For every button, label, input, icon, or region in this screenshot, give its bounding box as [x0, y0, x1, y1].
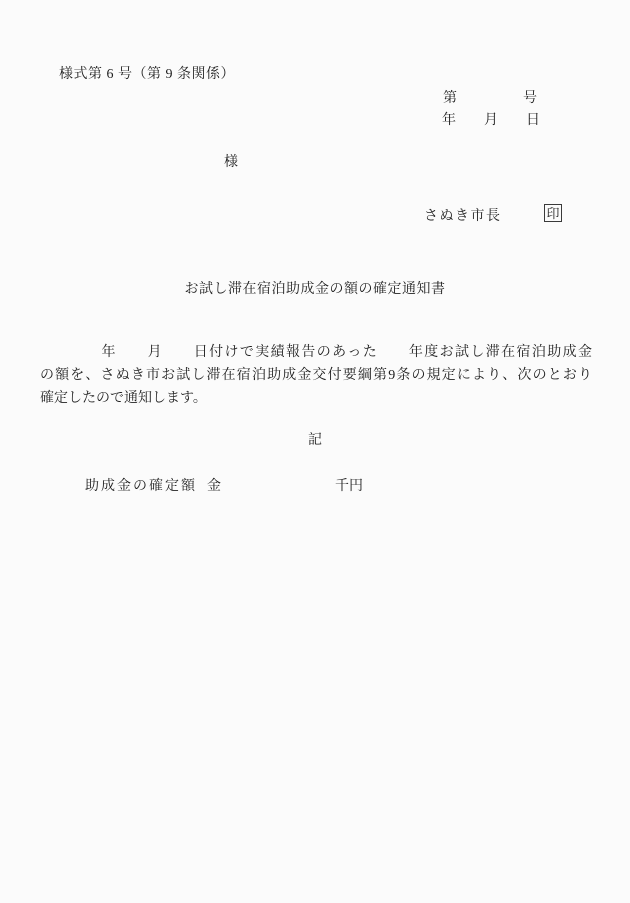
section-marker-ki: 記 — [0, 429, 630, 449]
form-number-label: 様式第 6 号（第 9 条関係） — [59, 63, 235, 83]
date-month-label: 月 — [484, 109, 498, 129]
document-title: お試し滞在宿泊助成金の額の確定通知書 — [0, 278, 630, 298]
seal-stamp-placeholder: 印 — [544, 204, 562, 222]
amount-currency-prefix: 金 — [207, 475, 221, 495]
document-page: 様式第 6 号（第 9 条関係） 第 号 年 月 日 様 さぬき市長 印 お試し… — [0, 0, 630, 903]
addressee-honorific: 様 — [224, 151, 238, 171]
amount-unit-label: 千円 — [335, 475, 363, 495]
grant-amount-label: 助成金の確定額 — [85, 475, 197, 495]
date-year-label: 年 — [442, 109, 456, 129]
body-line-1: 年 月 日付けで実績報告のあった 年度お試し滞在宿泊助成金 — [40, 341, 592, 364]
body-line-3: 確定したので通知します。 — [40, 387, 592, 410]
doc-number-prefix-label: 第 — [443, 87, 457, 107]
sender-title: さぬき市長 — [424, 205, 502, 225]
body-line-2: の額を、さぬき市お試し滞在宿泊助成金交付要綱第9条の規定により、次のとおり — [40, 364, 592, 387]
date-day-label: 日 — [526, 109, 540, 129]
doc-number-suffix-label: 号 — [523, 87, 537, 107]
body-paragraph: 年 月 日付けで実績報告のあった 年度お試し滞在宿泊助成金 の額を、さぬき市お試… — [40, 341, 592, 410]
